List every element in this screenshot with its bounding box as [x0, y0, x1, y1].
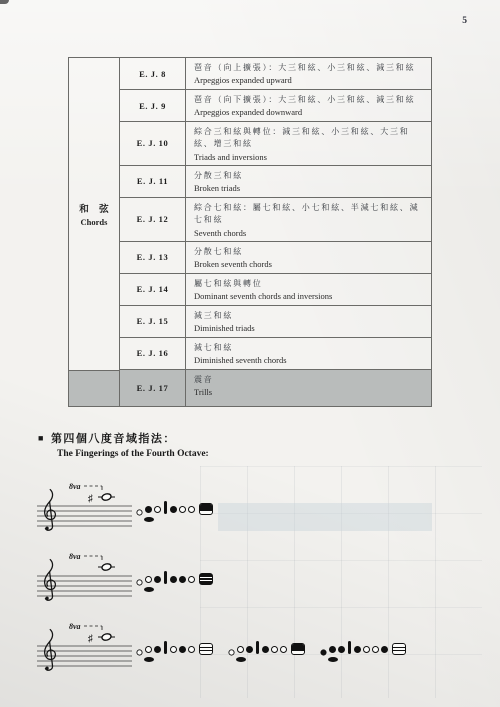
- pinky-key-cluster: [291, 643, 305, 655]
- exercise-description-en: Trills: [194, 387, 423, 397]
- table-category-cell: 和 弦 Chords: [69, 58, 119, 370]
- closed-key: [338, 646, 345, 653]
- open-key: [372, 646, 379, 653]
- svg-text:8va: 8va: [69, 552, 81, 561]
- exercise-description: 分散七和絃 Broken seventh chords: [185, 242, 431, 274]
- exercise-description: 減七和絃 Diminished seventh chords: [185, 338, 431, 370]
- closed-key: [179, 576, 186, 583]
- open-key: [237, 646, 244, 653]
- staff-notation: 8va ♯: [36, 616, 148, 688]
- page-corner-mark: [0, 0, 9, 4]
- fingering-diagrams: [136, 642, 406, 688]
- open-key: [228, 649, 234, 655]
- open-key: [145, 576, 152, 583]
- open-key: [188, 576, 195, 583]
- exercise-description-en: Diminished seventh chords: [194, 355, 423, 365]
- pinky-key-cluster: [199, 643, 213, 655]
- section-bullet-icon: ■: [38, 433, 45, 443]
- flute-fingering-diagram: [136, 642, 213, 662]
- closed-key: [246, 646, 253, 653]
- open-key: [136, 509, 142, 515]
- open-key: [363, 646, 370, 653]
- exercise-id: E. J. 16: [119, 338, 185, 370]
- sharp-icon: ♯: [88, 634, 93, 645]
- side-key: [348, 641, 351, 654]
- fingering-diagrams: [136, 572, 213, 618]
- treble-clef-icon: [45, 490, 56, 531]
- exercise-description-zh: 震音: [194, 374, 423, 386]
- exercise-description: 琶音（向上擴張）：大三和絃、小三和絃、減三和絃 Arpeggios expand…: [185, 58, 431, 90]
- exercise-id: E. J. 10: [119, 122, 185, 166]
- open-key: [136, 649, 142, 655]
- ottava-and-note: 8va ♯: [69, 482, 115, 505]
- open-key: [179, 506, 186, 513]
- exercise-id: E. J. 11: [119, 166, 185, 198]
- exercise-description-zh: 琶音（向上擴張）：大三和絃、小三和絃、減三和絃: [194, 62, 423, 74]
- flute-fingering-diagram: [228, 642, 305, 662]
- exercise-description-en: Diminished triads: [194, 323, 423, 333]
- flute-fingering-diagram: [320, 642, 406, 662]
- fingering-line-3: 8va ♯: [36, 616, 406, 688]
- exercise-description-zh: 分散三和絃: [194, 170, 423, 182]
- side-key: [256, 641, 259, 654]
- exercise-description-en: Broken seventh chords: [194, 259, 423, 269]
- closed-key: [262, 646, 269, 653]
- flute-fingering-diagram: [136, 572, 213, 592]
- exercise-description: 綜合三和絃與轉位：減三和絃、小三和絃、大三和絃、增三和絃 Triads and …: [185, 122, 431, 166]
- closed-key: [154, 646, 161, 653]
- closed-key: [170, 576, 177, 583]
- exercise-description: 琶音（向下擴張）：大三和絃、小三和絃、減三和絃 Arpeggios expand…: [185, 90, 431, 122]
- exercise-description-zh: 減七和絃: [194, 342, 423, 354]
- exercise-description: 減三和絃 Diminished triads: [185, 306, 431, 338]
- open-key: [170, 646, 177, 653]
- pinky-key-cluster: [392, 643, 406, 655]
- pinky-key-cluster: [199, 573, 213, 585]
- pinky-key-cluster: [199, 503, 213, 515]
- staff-notation: 8va ♯: [36, 476, 148, 548]
- exercise-description-en: Arpeggios expanded downward: [194, 107, 423, 117]
- exercise-id: E. J. 13: [119, 242, 185, 274]
- treble-clef-icon: [45, 630, 56, 671]
- exercise-description: 震音 Trills: [185, 370, 431, 406]
- closed-key: [154, 576, 161, 583]
- side-key: [164, 501, 167, 514]
- closed-key: [354, 646, 361, 653]
- exercise-id: E. J. 9: [119, 90, 185, 122]
- exercise-description-zh: 綜合七和絃：屬七和絃、小七和絃、半減七和絃、減七和絃: [194, 202, 423, 227]
- section-title-en: The Fingerings of the Fourth Octave:: [57, 449, 209, 459]
- exercise-id: E. J. 8: [119, 58, 185, 90]
- exercise-description-en: Seventh chords: [194, 228, 423, 238]
- whole-note: [101, 633, 111, 641]
- whole-note: [101, 493, 111, 501]
- exercise-description-zh: 分散七和絃: [194, 246, 423, 258]
- open-key: [188, 506, 195, 513]
- fingering-line-1: 8va ♯: [36, 476, 213, 548]
- section-title-zh-text: 第四個八度音域指法：: [51, 433, 176, 445]
- closed-key: [179, 646, 186, 653]
- reverse-side-band-showthrough: [218, 503, 432, 531]
- open-key: [280, 646, 287, 653]
- section-title-zh: ■第四個八度音域指法：: [38, 430, 209, 446]
- exercise-description-en: Dominant seventh chords and inversions: [194, 291, 423, 301]
- staff-notation: 8va: [36, 546, 148, 618]
- exercise-description-en: Triads and inversions: [194, 152, 423, 162]
- closed-key: [170, 506, 177, 513]
- fingering-line-2: 8va: [36, 546, 213, 618]
- exercise-id: E. J. 15: [119, 306, 185, 338]
- whole-note: [101, 563, 111, 571]
- ottava-and-note: 8va ♯: [69, 622, 115, 645]
- side-key: [164, 641, 167, 654]
- exercise-description: 屬七和絃與轉位 Dominant seventh chords and inve…: [185, 274, 431, 306]
- sharp-icon: ♯: [88, 494, 93, 505]
- thumb-lever-key: [236, 657, 246, 662]
- exercise-description-en: Broken triads: [194, 183, 423, 193]
- fingering-diagrams: [136, 502, 213, 548]
- thumb-lever-key: [328, 657, 338, 662]
- open-key: [136, 579, 142, 585]
- flute-fingering-diagram: [136, 502, 213, 522]
- exercise-description-zh: 琶音（向下擴張）：大三和絃、小三和絃、減三和絃: [194, 94, 423, 106]
- closed-key: [320, 649, 326, 655]
- exercise-id: E. J. 17: [119, 370, 185, 406]
- svg-text:8va: 8va: [69, 622, 81, 631]
- open-key: [154, 506, 161, 513]
- side-key: [164, 571, 167, 584]
- treble-clef-icon: [45, 560, 56, 601]
- open-key: [271, 646, 278, 653]
- closed-key: [329, 646, 336, 653]
- exercise-description-zh: 綜合三和絃與轉位：減三和絃、小三和絃、大三和絃、增三和絃: [194, 126, 423, 151]
- exercise-description-zh: 屬七和絃與轉位: [194, 278, 423, 290]
- exercise-description: 綜合七和絃：屬七和絃、小七和絃、半減七和絃、減七和絃 Seventh chord…: [185, 198, 431, 242]
- open-key: [188, 646, 195, 653]
- thumb-lever-key: [144, 587, 154, 592]
- svg-text:8va: 8va: [69, 482, 81, 491]
- category-label-zh: 和 弦: [75, 201, 112, 215]
- page-number: 5: [462, 16, 467, 26]
- thumb-lever-key: [144, 517, 154, 522]
- closed-key: [381, 646, 388, 653]
- exercise-description: 分散三和絃 Broken triads: [185, 166, 431, 198]
- exercise-description-zh: 減三和絃: [194, 310, 423, 322]
- scanned-book-page: { "page": { "number": "5" }, "table": { …: [0, 0, 500, 707]
- ottava-and-note: 8va: [69, 552, 115, 571]
- exercise-description-en: Arpeggios expanded upward: [194, 75, 423, 85]
- open-key: [145, 646, 152, 653]
- exercise-table: 和 弦 Chords E. J. 8 琶音（向上擴張）：大三和絃、小三和絃、減三…: [68, 57, 432, 407]
- exercise-id: E. J. 14: [119, 274, 185, 306]
- table-empty-cell: [69, 370, 119, 406]
- thumb-lever-key: [144, 657, 154, 662]
- section-heading: ■第四個八度音域指法： The Fingerings of the Fourth…: [38, 430, 209, 459]
- closed-key: [145, 506, 152, 513]
- exercise-id: E. J. 12: [119, 198, 185, 242]
- category-label-en: Chords: [81, 217, 108, 227]
